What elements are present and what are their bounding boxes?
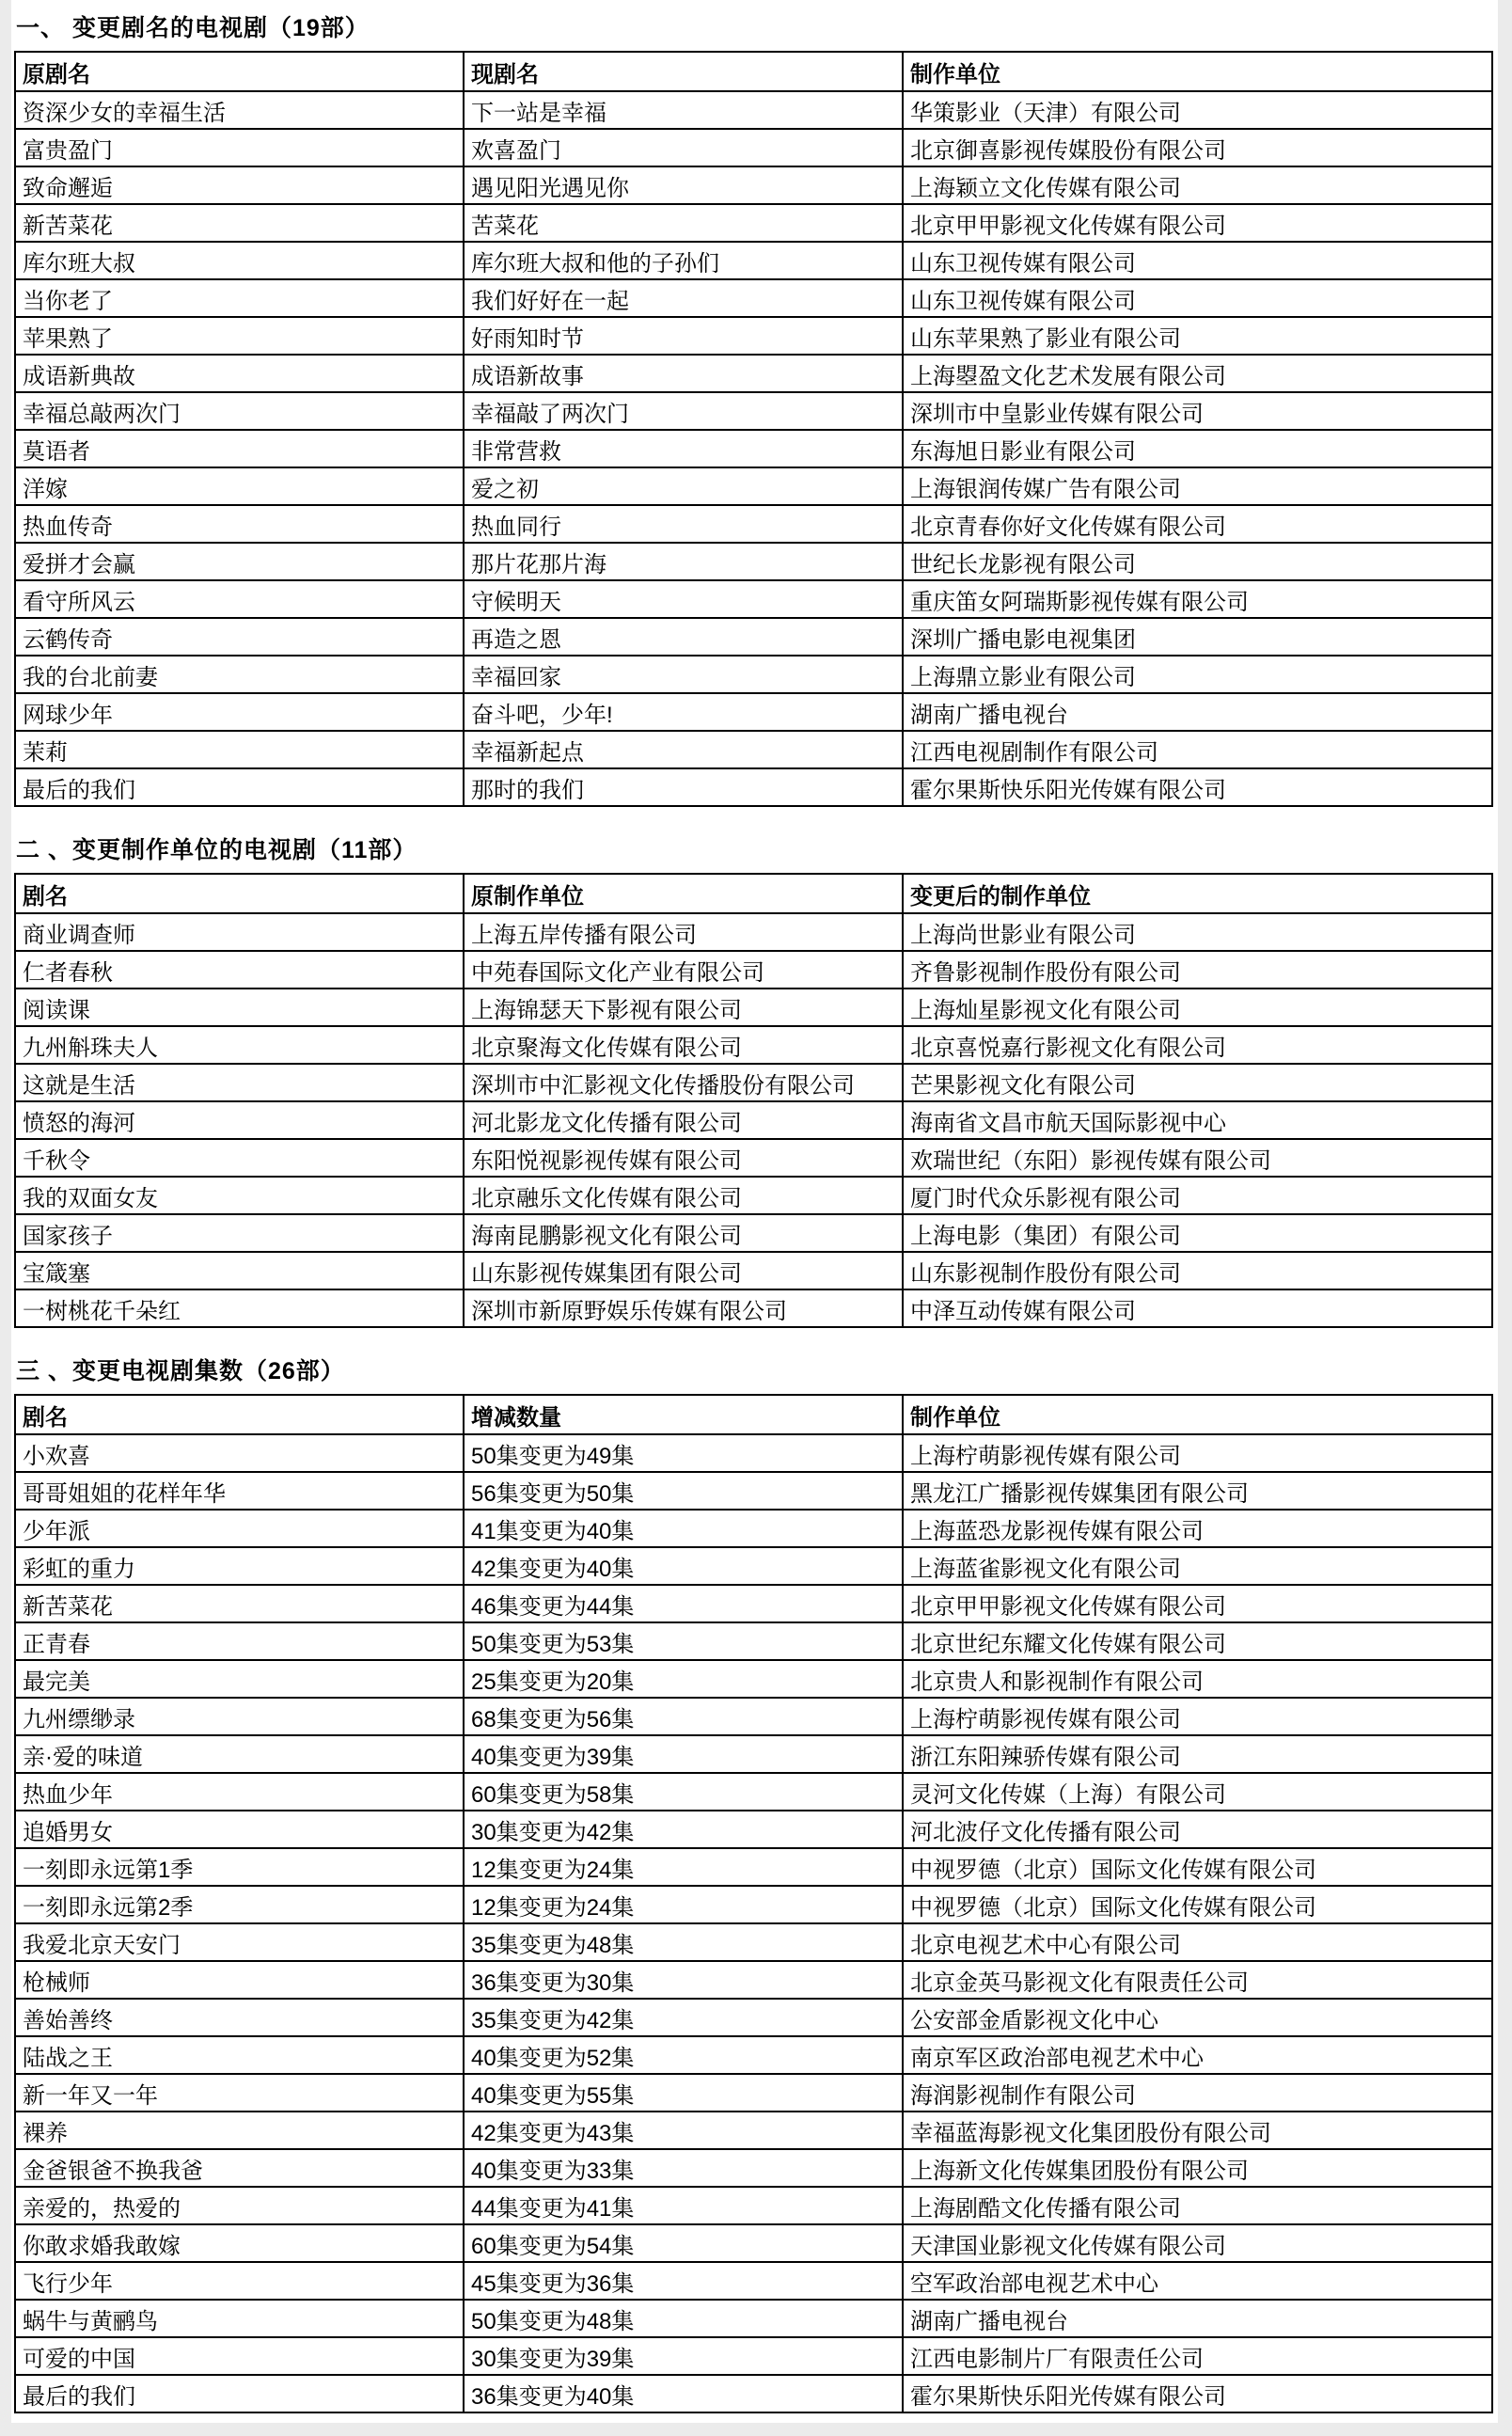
table-cell: 莫语者 bbox=[15, 430, 464, 467]
table-row: 云鹤传奇再造之恩深圳广播电影电视集团 bbox=[15, 618, 1492, 656]
header-row: 原剧名现剧名制作单位 bbox=[15, 52, 1492, 91]
table-cell: 苦菜花 bbox=[464, 204, 903, 242]
table-row: 当你老了我们好好在一起山东卫视传媒有限公司 bbox=[15, 279, 1492, 317]
table-header-row: 剧名原制作单位变更后的制作单位 bbox=[15, 874, 1492, 913]
table-cell: 上海新文化传媒集团股份有限公司 bbox=[903, 2149, 1492, 2187]
table-cell: 北京甲甲影视文化传媒有限公司 bbox=[903, 204, 1492, 242]
table-cell: 愤怒的海河 bbox=[15, 1101, 464, 1139]
table-cell: 奋斗吧，少年! bbox=[464, 693, 903, 731]
table-cell: 我的双面女友 bbox=[15, 1177, 464, 1214]
table-cell: 商业调查师 bbox=[15, 913, 464, 951]
header-row: 剧名原制作单位变更后的制作单位 bbox=[15, 874, 1492, 913]
table-cell: 守候明天 bbox=[464, 580, 903, 618]
section-3-title: 三 、变更电视剧集数（26部） bbox=[16, 1352, 1498, 1386]
table-cell: 厦门时代众乐影视有限公司 bbox=[903, 1177, 1492, 1214]
table-cell: 一刻即永远第1季 bbox=[15, 1848, 464, 1886]
table-cell: 看守所风云 bbox=[15, 580, 464, 618]
table-cell: 上海剧酷文化传播有限公司 bbox=[903, 2187, 1492, 2224]
table-cell: 36集变更为30集 bbox=[464, 1961, 903, 1999]
table-row: 资深少女的幸福生活下一站是幸福华策影业（天津）有限公司 bbox=[15, 91, 1492, 129]
table-cell: 新苦菜花 bbox=[15, 204, 464, 242]
table-cell: 裸养 bbox=[15, 2112, 464, 2149]
table-row: 枪械师36集变更为30集北京金英马影视文化有限责任公司 bbox=[15, 1961, 1492, 1999]
table-cell: 上海五岸传播有限公司 bbox=[464, 913, 903, 951]
table-cell: 下一站是幸福 bbox=[464, 91, 903, 129]
table-cell: 上海蓝恐龙影视传媒有限公司 bbox=[903, 1510, 1492, 1547]
table-row: 热血传奇热血同行北京青春你好文化传媒有限公司 bbox=[15, 505, 1492, 543]
table-row: 最完美25集变更为20集北京贵人和影视制作有限公司 bbox=[15, 1660, 1492, 1698]
table-cell: 网球少年 bbox=[15, 693, 464, 731]
table-row: 一刻即永远第1季12集变更为24集中视罗德（北京）国际文化传媒有限公司 bbox=[15, 1848, 1492, 1886]
table-row: 善始善终35集变更为42集公安部金盾影视文化中心 bbox=[15, 1999, 1492, 2036]
table-row: 苹果熟了好雨知时节山东苹果熟了影业有限公司 bbox=[15, 317, 1492, 355]
table-cell: 35集变更为42集 bbox=[464, 1999, 903, 2036]
table-cell: 遇见阳光遇见你 bbox=[464, 166, 903, 204]
table-cell: 50集变更为49集 bbox=[464, 1434, 903, 1472]
table-cell: 芒果影视文化有限公司 bbox=[903, 1064, 1492, 1101]
table-cell: 爱拼才会赢 bbox=[15, 543, 464, 580]
table-cell: 河北波仔文化传播有限公司 bbox=[903, 1811, 1492, 1848]
table-cell: 那时的我们 bbox=[464, 768, 903, 806]
table-cell: 幸福回家 bbox=[464, 656, 903, 693]
column-header: 剧名 bbox=[15, 1395, 464, 1434]
table-cell: 45集变更为36集 bbox=[464, 2262, 903, 2300]
table-cell: 飞行少年 bbox=[15, 2262, 464, 2300]
table-cell: 霍尔果斯快乐阳光传媒有限公司 bbox=[903, 2375, 1492, 2412]
table-row: 正青春50集变更为53集北京世纪东耀文化传媒有限公司 bbox=[15, 1622, 1492, 1660]
table-cell: 北京青春你好文化传媒有限公司 bbox=[903, 505, 1492, 543]
table-cell: 江西电视剧制作有限公司 bbox=[903, 731, 1492, 768]
table-row: 莫语者非常营救东海旭日影业有限公司 bbox=[15, 430, 1492, 467]
table-cell: 热血少年 bbox=[15, 1773, 464, 1811]
table-cell: 幸福总敲两次门 bbox=[15, 392, 464, 430]
table-row: 一树桃花千朵红深圳市新原野娱乐传媒有限公司中泽互动传媒有限公司 bbox=[15, 1289, 1492, 1327]
table-row: 哥哥姐姐的花样年华56集变更为50集黑龙江广播影视传媒集团有限公司 bbox=[15, 1472, 1492, 1510]
table-cell: 60集变更为54集 bbox=[464, 2224, 903, 2262]
table-cell: 成语新典故 bbox=[15, 355, 464, 392]
table-row: 幸福总敲两次门幸福敲了两次门深圳市中皇影业传媒有限公司 bbox=[15, 392, 1492, 430]
table-cell: 中视罗德（北京）国际文化传媒有限公司 bbox=[903, 1886, 1492, 1923]
table-cell: 正青春 bbox=[15, 1622, 464, 1660]
table-cell: 这就是生活 bbox=[15, 1064, 464, 1101]
table-cell: 41集变更为40集 bbox=[464, 1510, 903, 1547]
table-cell: 35集变更为48集 bbox=[464, 1923, 903, 1961]
table-cell: 山东卫视传媒有限公司 bbox=[903, 242, 1492, 279]
table-cell: 12集变更为24集 bbox=[464, 1848, 903, 1886]
table-cell: 56集变更为50集 bbox=[464, 1472, 903, 1510]
table-body: 小欢喜50集变更为49集上海柠萌影视传媒有限公司哥哥姐姐的花样年华56集变更为5… bbox=[15, 1434, 1492, 2412]
table-row: 我的台北前妻幸福回家上海鼎立影业有限公司 bbox=[15, 656, 1492, 693]
table-cell: 幸福新起点 bbox=[464, 731, 903, 768]
table-cell: 40集变更为33集 bbox=[464, 2149, 903, 2187]
table-cell: 深圳市中汇影视文化传播股份有限公司 bbox=[464, 1064, 903, 1101]
table-cell: 爱之初 bbox=[464, 467, 903, 505]
table-cell: 茉莉 bbox=[15, 731, 464, 768]
table-cell: 善始善终 bbox=[15, 1999, 464, 2036]
table-cell: 库尔班大叔和他的子孙们 bbox=[464, 242, 903, 279]
table-cell: 上海银润传媒广告有限公司 bbox=[903, 467, 1492, 505]
table-cell: 好雨知时节 bbox=[464, 317, 903, 355]
header-row: 剧名增减数量制作单位 bbox=[15, 1395, 1492, 1434]
table-cell: 山东影视制作股份有限公司 bbox=[903, 1252, 1492, 1289]
table-cell: 42集变更为43集 bbox=[464, 2112, 903, 2149]
table-cell: 富贵盈门 bbox=[15, 129, 464, 166]
table-cell: 40集变更为52集 bbox=[464, 2036, 903, 2074]
table-row: 成语新典故成语新故事上海曌盈文化艺术发展有限公司 bbox=[15, 355, 1492, 392]
table-cell: 12集变更为24集 bbox=[464, 1886, 903, 1923]
table-cell: 42集变更为40集 bbox=[464, 1547, 903, 1585]
table-cell: 幸福蓝海影视文化集团股份有限公司 bbox=[903, 2112, 1492, 2149]
table-cell: 湖南广播电视台 bbox=[903, 2300, 1492, 2337]
table-row: 洋嫁爱之初上海银润传媒广告有限公司 bbox=[15, 467, 1492, 505]
table-cell: 追婚男女 bbox=[15, 1811, 464, 1848]
table-cell: 北京甲甲影视文化传媒有限公司 bbox=[903, 1585, 1492, 1622]
table-cell: 霍尔果斯快乐阳光传媒有限公司 bbox=[903, 768, 1492, 806]
section-divider bbox=[14, 1328, 1498, 1341]
table-cell: 北京贵人和影视制作有限公司 bbox=[903, 1660, 1492, 1698]
table-cell: 九州斛珠夫人 bbox=[15, 1026, 464, 1064]
table-cell: 一刻即永远第2季 bbox=[15, 1886, 464, 1923]
table-row: 愤怒的海河河北影龙文化传播有限公司海南省文昌市航天国际影视中心 bbox=[15, 1101, 1492, 1139]
table-cell: 深圳市中皇影业传媒有限公司 bbox=[903, 392, 1492, 430]
table-row: 热血少年60集变更为58集灵河文化传媒（上海）有限公司 bbox=[15, 1773, 1492, 1811]
table-cell: 北京世纪东耀文化传媒有限公司 bbox=[903, 1622, 1492, 1660]
table-row: 亲爱的，热爱的44集变更为41集上海剧酷文化传播有限公司 bbox=[15, 2187, 1492, 2224]
table-row: 九州斛珠夫人北京聚海文化传媒有限公司北京喜悦嘉行影视文化有限公司 bbox=[15, 1026, 1492, 1064]
table-cell: 洋嫁 bbox=[15, 467, 464, 505]
table-cell: 枪械师 bbox=[15, 1961, 464, 1999]
table-cell: 少年派 bbox=[15, 1510, 464, 1547]
table-cell: 最后的我们 bbox=[15, 768, 464, 806]
table-row: 追婚男女30集变更为42集河北波仔文化传播有限公司 bbox=[15, 1811, 1492, 1848]
table-cell: 中苑春国际文化产业有限公司 bbox=[464, 951, 903, 989]
table-row: 九州缥缈录68集变更为56集上海柠萌影视传媒有限公司 bbox=[15, 1698, 1492, 1735]
table-row: 阅读课上海锦瑟天下影视有限公司上海灿星影视文化有限公司 bbox=[15, 989, 1492, 1026]
column-header: 现剧名 bbox=[464, 52, 903, 91]
table-cell: 欢瑞世纪（东阳）影视传媒有限公司 bbox=[903, 1139, 1492, 1177]
changed-producer-table: 剧名原制作单位变更后的制作单位 商业调查师上海五岸传播有限公司上海尚世影业有限公… bbox=[14, 873, 1493, 1328]
table-cell: 山东苹果熟了影业有限公司 bbox=[903, 317, 1492, 355]
table-row: 最后的我们那时的我们霍尔果斯快乐阳光传媒有限公司 bbox=[15, 768, 1492, 806]
table-cell: 仁者春秋 bbox=[15, 951, 464, 989]
table-cell: 50集变更为48集 bbox=[464, 2300, 903, 2337]
table-cell: 当你老了 bbox=[15, 279, 464, 317]
column-header: 制作单位 bbox=[903, 1395, 1492, 1434]
table-cell: 彩虹的重力 bbox=[15, 1547, 464, 1585]
table-row: 小欢喜50集变更为49集上海柠萌影视传媒有限公司 bbox=[15, 1434, 1492, 1472]
table-row: 新苦菜花苦菜花北京甲甲影视文化传媒有限公司 bbox=[15, 204, 1492, 242]
table-cell: 云鹤传奇 bbox=[15, 618, 464, 656]
table-cell: 南京军区政治部电视艺术中心 bbox=[903, 2036, 1492, 2074]
table-cell: 山东影视传媒集团有限公司 bbox=[464, 1252, 903, 1289]
table-cell: 江西电影制片厂有限责任公司 bbox=[903, 2337, 1492, 2375]
table-cell: 北京御喜影视传媒股份有限公司 bbox=[903, 129, 1492, 166]
table-row: 商业调查师上海五岸传播有限公司上海尚世影业有限公司 bbox=[15, 913, 1492, 951]
table-header-row: 剧名增减数量制作单位 bbox=[15, 1395, 1492, 1434]
table-cell: 那片花那片海 bbox=[464, 543, 903, 580]
table-row: 最后的我们36集变更为40集霍尔果斯快乐阳光传媒有限公司 bbox=[15, 2375, 1492, 2412]
table-cell: 44集变更为41集 bbox=[464, 2187, 903, 2224]
table-row: 可爱的中国30集变更为39集江西电影制片厂有限责任公司 bbox=[15, 2337, 1492, 2375]
table-cell: 热血传奇 bbox=[15, 505, 464, 543]
table-cell: 36集变更为40集 bbox=[464, 2375, 903, 2412]
table-row: 千秋令东阳悦视影视传媒有限公司欢瑞世纪（东阳）影视传媒有限公司 bbox=[15, 1139, 1492, 1177]
table-cell: 上海柠萌影视传媒有限公司 bbox=[903, 1698, 1492, 1735]
table-body: 资深少女的幸福生活下一站是幸福华策影业（天津）有限公司富贵盈门欢喜盈门北京御喜影… bbox=[15, 91, 1492, 806]
table-cell: 小欢喜 bbox=[15, 1434, 464, 1472]
table-row: 库尔班大叔库尔班大叔和他的子孙们山东卫视传媒有限公司 bbox=[15, 242, 1492, 279]
table-row: 茉莉幸福新起点江西电视剧制作有限公司 bbox=[15, 731, 1492, 768]
table-cell: 中视罗德（北京）国际文化传媒有限公司 bbox=[903, 1848, 1492, 1886]
table-cell: 我们好好在一起 bbox=[464, 279, 903, 317]
table-cell: 北京电视艺术中心有限公司 bbox=[903, 1923, 1492, 1961]
table-cell: 亲爱的，热爱的 bbox=[15, 2187, 464, 2224]
table-cell: 资深少女的幸福生活 bbox=[15, 91, 464, 129]
table-cell: 上海锦瑟天下影视有限公司 bbox=[464, 989, 903, 1026]
table-cell: 华策影业（天津）有限公司 bbox=[903, 91, 1492, 129]
renamed-dramas-table: 原剧名现剧名制作单位 资深少女的幸福生活下一站是幸福华策影业（天津）有限公司富贵… bbox=[14, 51, 1493, 807]
table-cell: 中泽互动传媒有限公司 bbox=[903, 1289, 1492, 1327]
table-row: 爱拼才会赢那片花那片海世纪长龙影视有限公司 bbox=[15, 543, 1492, 580]
table-cell: 公安部金盾影视文化中心 bbox=[903, 1999, 1492, 2036]
table-cell: 68集变更为56集 bbox=[464, 1698, 903, 1735]
table-cell: 上海灿星影视文化有限公司 bbox=[903, 989, 1492, 1026]
table-cell: 幸福敲了两次门 bbox=[464, 392, 903, 430]
table-cell: 上海鼎立影业有限公司 bbox=[903, 656, 1492, 693]
table-cell: 50集变更为53集 bbox=[464, 1622, 903, 1660]
table-cell: 成语新故事 bbox=[464, 355, 903, 392]
table-row: 陆战之王40集变更为52集南京军区政治部电视艺术中心 bbox=[15, 2036, 1492, 2074]
column-header: 变更后的制作单位 bbox=[903, 874, 1492, 913]
table-cell: 千秋令 bbox=[15, 1139, 464, 1177]
table-cell: 致命邂逅 bbox=[15, 166, 464, 204]
table-cell: 我的台北前妻 bbox=[15, 656, 464, 693]
table-cell: 阅读课 bbox=[15, 989, 464, 1026]
table-row: 我的双面女友北京融乐文化传媒有限公司厦门时代众乐影视有限公司 bbox=[15, 1177, 1492, 1214]
column-header: 原剧名 bbox=[15, 52, 464, 91]
table-cell: 河北影龙文化传播有限公司 bbox=[464, 1101, 903, 1139]
table-cell: 我爱北京天安门 bbox=[15, 1923, 464, 1961]
table-cell: 上海曌盈文化艺术发展有限公司 bbox=[903, 355, 1492, 392]
table-cell: 热血同行 bbox=[464, 505, 903, 543]
table-cell: 40集变更为39集 bbox=[464, 1735, 903, 1773]
table-row: 网球少年奋斗吧，少年!湖南广播电视台 bbox=[15, 693, 1492, 731]
document-page: 一、 变更剧名的电视剧（19部） 原剧名现剧名制作单位 资深少女的幸福生活下一站… bbox=[11, 0, 1498, 2423]
table-cell: 金爸银爸不换我爸 bbox=[15, 2149, 464, 2187]
table-cell: 海南昆鹏影视文化有限公司 bbox=[464, 1214, 903, 1252]
table-cell: 宝箴塞 bbox=[15, 1252, 464, 1289]
table-row: 仁者春秋中苑春国际文化产业有限公司齐鲁影视制作股份有限公司 bbox=[15, 951, 1492, 989]
table-cell: 上海尚世影业有限公司 bbox=[903, 913, 1492, 951]
table-cell: 上海蓝雀影视文化有限公司 bbox=[903, 1547, 1492, 1585]
table-row: 宝箴塞山东影视传媒集团有限公司山东影视制作股份有限公司 bbox=[15, 1252, 1492, 1289]
table-cell: 海南省文昌市航天国际影视中心 bbox=[903, 1101, 1492, 1139]
table-cell: 你敢求婚我敢嫁 bbox=[15, 2224, 464, 2262]
table-cell: 灵河文化传媒（上海）有限公司 bbox=[903, 1773, 1492, 1811]
table-cell: 蜗牛与黄鹂鸟 bbox=[15, 2300, 464, 2337]
table-cell: 天津国业影视文化传媒有限公司 bbox=[903, 2224, 1492, 2262]
table-cell: 欢喜盈门 bbox=[464, 129, 903, 166]
table-cell: 25集变更为20集 bbox=[464, 1660, 903, 1698]
table-row: 金爸银爸不换我爸40集变更为33集上海新文化传媒集团股份有限公司 bbox=[15, 2149, 1492, 2187]
table-cell: 北京金英马影视文化有限责任公司 bbox=[903, 1961, 1492, 1999]
table-cell: 上海电影（集团）有限公司 bbox=[903, 1214, 1492, 1252]
table-cell: 上海颖立文化传媒有限公司 bbox=[903, 166, 1492, 204]
table-cell: 湖南广播电视台 bbox=[903, 693, 1492, 731]
table-row: 裸养42集变更为43集幸福蓝海影视文化集团股份有限公司 bbox=[15, 2112, 1492, 2149]
table-header-row: 原剧名现剧名制作单位 bbox=[15, 52, 1492, 91]
table-cell: 陆战之王 bbox=[15, 2036, 464, 2074]
table-cell: 再造之恩 bbox=[464, 618, 903, 656]
table-cell: 东海旭日影业有限公司 bbox=[903, 430, 1492, 467]
table-cell: 新苦菜花 bbox=[15, 1585, 464, 1622]
table-cell: 重庆笛女阿瑞斯影视传媒有限公司 bbox=[903, 580, 1492, 618]
table-row: 一刻即永远第2季12集变更为24集中视罗德（北京）国际文化传媒有限公司 bbox=[15, 1886, 1492, 1923]
table-cell: 浙江东阳辣骄传媒有限公司 bbox=[903, 1735, 1492, 1773]
table-cell: 北京喜悦嘉行影视文化有限公司 bbox=[903, 1026, 1492, 1064]
column-header: 原制作单位 bbox=[464, 874, 903, 913]
table-body: 商业调查师上海五岸传播有限公司上海尚世影业有限公司仁者春秋中苑春国际文化产业有限… bbox=[15, 913, 1492, 1327]
table-cell: 46集变更为44集 bbox=[464, 1585, 903, 1622]
table-cell: 最后的我们 bbox=[15, 2375, 464, 2412]
changed-episode-count-table: 剧名增减数量制作单位 小欢喜50集变更为49集上海柠萌影视传媒有限公司哥哥姐姐的… bbox=[14, 1394, 1493, 2413]
table-cell: 库尔班大叔 bbox=[15, 242, 464, 279]
table-row: 看守所风云守候明天重庆笛女阿瑞斯影视传媒有限公司 bbox=[15, 580, 1492, 618]
section-divider bbox=[14, 807, 1498, 820]
table-row: 飞行少年45集变更为36集空军政治部电视艺术中心 bbox=[15, 2262, 1492, 2300]
table-row: 彩虹的重力42集变更为40集上海蓝雀影视文化有限公司 bbox=[15, 1547, 1492, 1585]
table-row: 蜗牛与黄鹂鸟50集变更为48集湖南广播电视台 bbox=[15, 2300, 1492, 2337]
table-cell: 30集变更为39集 bbox=[464, 2337, 903, 2375]
table-cell: 非常营救 bbox=[464, 430, 903, 467]
table-cell: 世纪长龙影视有限公司 bbox=[903, 543, 1492, 580]
table-cell: 40集变更为55集 bbox=[464, 2074, 903, 2112]
table-cell: 深圳广播电影电视集团 bbox=[903, 618, 1492, 656]
table-row: 新苦菜花46集变更为44集北京甲甲影视文化传媒有限公司 bbox=[15, 1585, 1492, 1622]
table-cell: 山东卫视传媒有限公司 bbox=[903, 279, 1492, 317]
table-cell: 新一年又一年 bbox=[15, 2074, 464, 2112]
section-1-title: 一、 变更剧名的电视剧（19部） bbox=[16, 9, 1498, 43]
table-row: 少年派41集变更为40集上海蓝恐龙影视传媒有限公司 bbox=[15, 1510, 1492, 1547]
table-row: 我爱北京天安门35集变更为48集北京电视艺术中心有限公司 bbox=[15, 1923, 1492, 1961]
table-cell: 齐鲁影视制作股份有限公司 bbox=[903, 951, 1492, 989]
table-cell: 哥哥姐姐的花样年华 bbox=[15, 1472, 464, 1510]
table-row: 新一年又一年40集变更为55集海润影视制作有限公司 bbox=[15, 2074, 1492, 2112]
column-header: 增减数量 bbox=[464, 1395, 903, 1434]
table-cell: 上海柠萌影视传媒有限公司 bbox=[903, 1434, 1492, 1472]
table-cell: 苹果熟了 bbox=[15, 317, 464, 355]
table-row: 这就是生活深圳市中汇影视文化传播股份有限公司芒果影视文化有限公司 bbox=[15, 1064, 1492, 1101]
table-cell: 国家孩子 bbox=[15, 1214, 464, 1252]
table-cell: 一树桃花千朵红 bbox=[15, 1289, 464, 1327]
table-cell: 北京聚海文化传媒有限公司 bbox=[464, 1026, 903, 1064]
column-header: 制作单位 bbox=[903, 52, 1492, 91]
table-cell: 亲·爱的味道 bbox=[15, 1735, 464, 1773]
table-cell: 可爱的中国 bbox=[15, 2337, 464, 2375]
table-cell: 空军政治部电视艺术中心 bbox=[903, 2262, 1492, 2300]
table-row: 你敢求婚我敢嫁60集变更为54集天津国业影视文化传媒有限公司 bbox=[15, 2224, 1492, 2262]
table-cell: 黑龙江广播影视传媒集团有限公司 bbox=[903, 1472, 1492, 1510]
table-cell: 30集变更为42集 bbox=[464, 1811, 903, 1848]
table-row: 亲·爱的味道40集变更为39集浙江东阳辣骄传媒有限公司 bbox=[15, 1735, 1492, 1773]
table-cell: 东阳悦视影视传媒有限公司 bbox=[464, 1139, 903, 1177]
table-row: 富贵盈门欢喜盈门北京御喜影视传媒股份有限公司 bbox=[15, 129, 1492, 166]
table-cell: 最完美 bbox=[15, 1660, 464, 1698]
table-cell: 60集变更为58集 bbox=[464, 1773, 903, 1811]
table-cell: 北京融乐文化传媒有限公司 bbox=[464, 1177, 903, 1214]
table-cell: 深圳市新原野娱乐传媒有限公司 bbox=[464, 1289, 903, 1327]
table-cell: 海润影视制作有限公司 bbox=[903, 2074, 1492, 2112]
table-row: 国家孩子海南昆鹏影视文化有限公司上海电影（集团）有限公司 bbox=[15, 1214, 1492, 1252]
section-2-title: 二 、变更制作单位的电视剧（11部） bbox=[16, 831, 1498, 865]
table-cell: 九州缥缈录 bbox=[15, 1698, 464, 1735]
column-header: 剧名 bbox=[15, 874, 464, 913]
table-row: 致命邂逅遇见阳光遇见你上海颖立文化传媒有限公司 bbox=[15, 166, 1492, 204]
